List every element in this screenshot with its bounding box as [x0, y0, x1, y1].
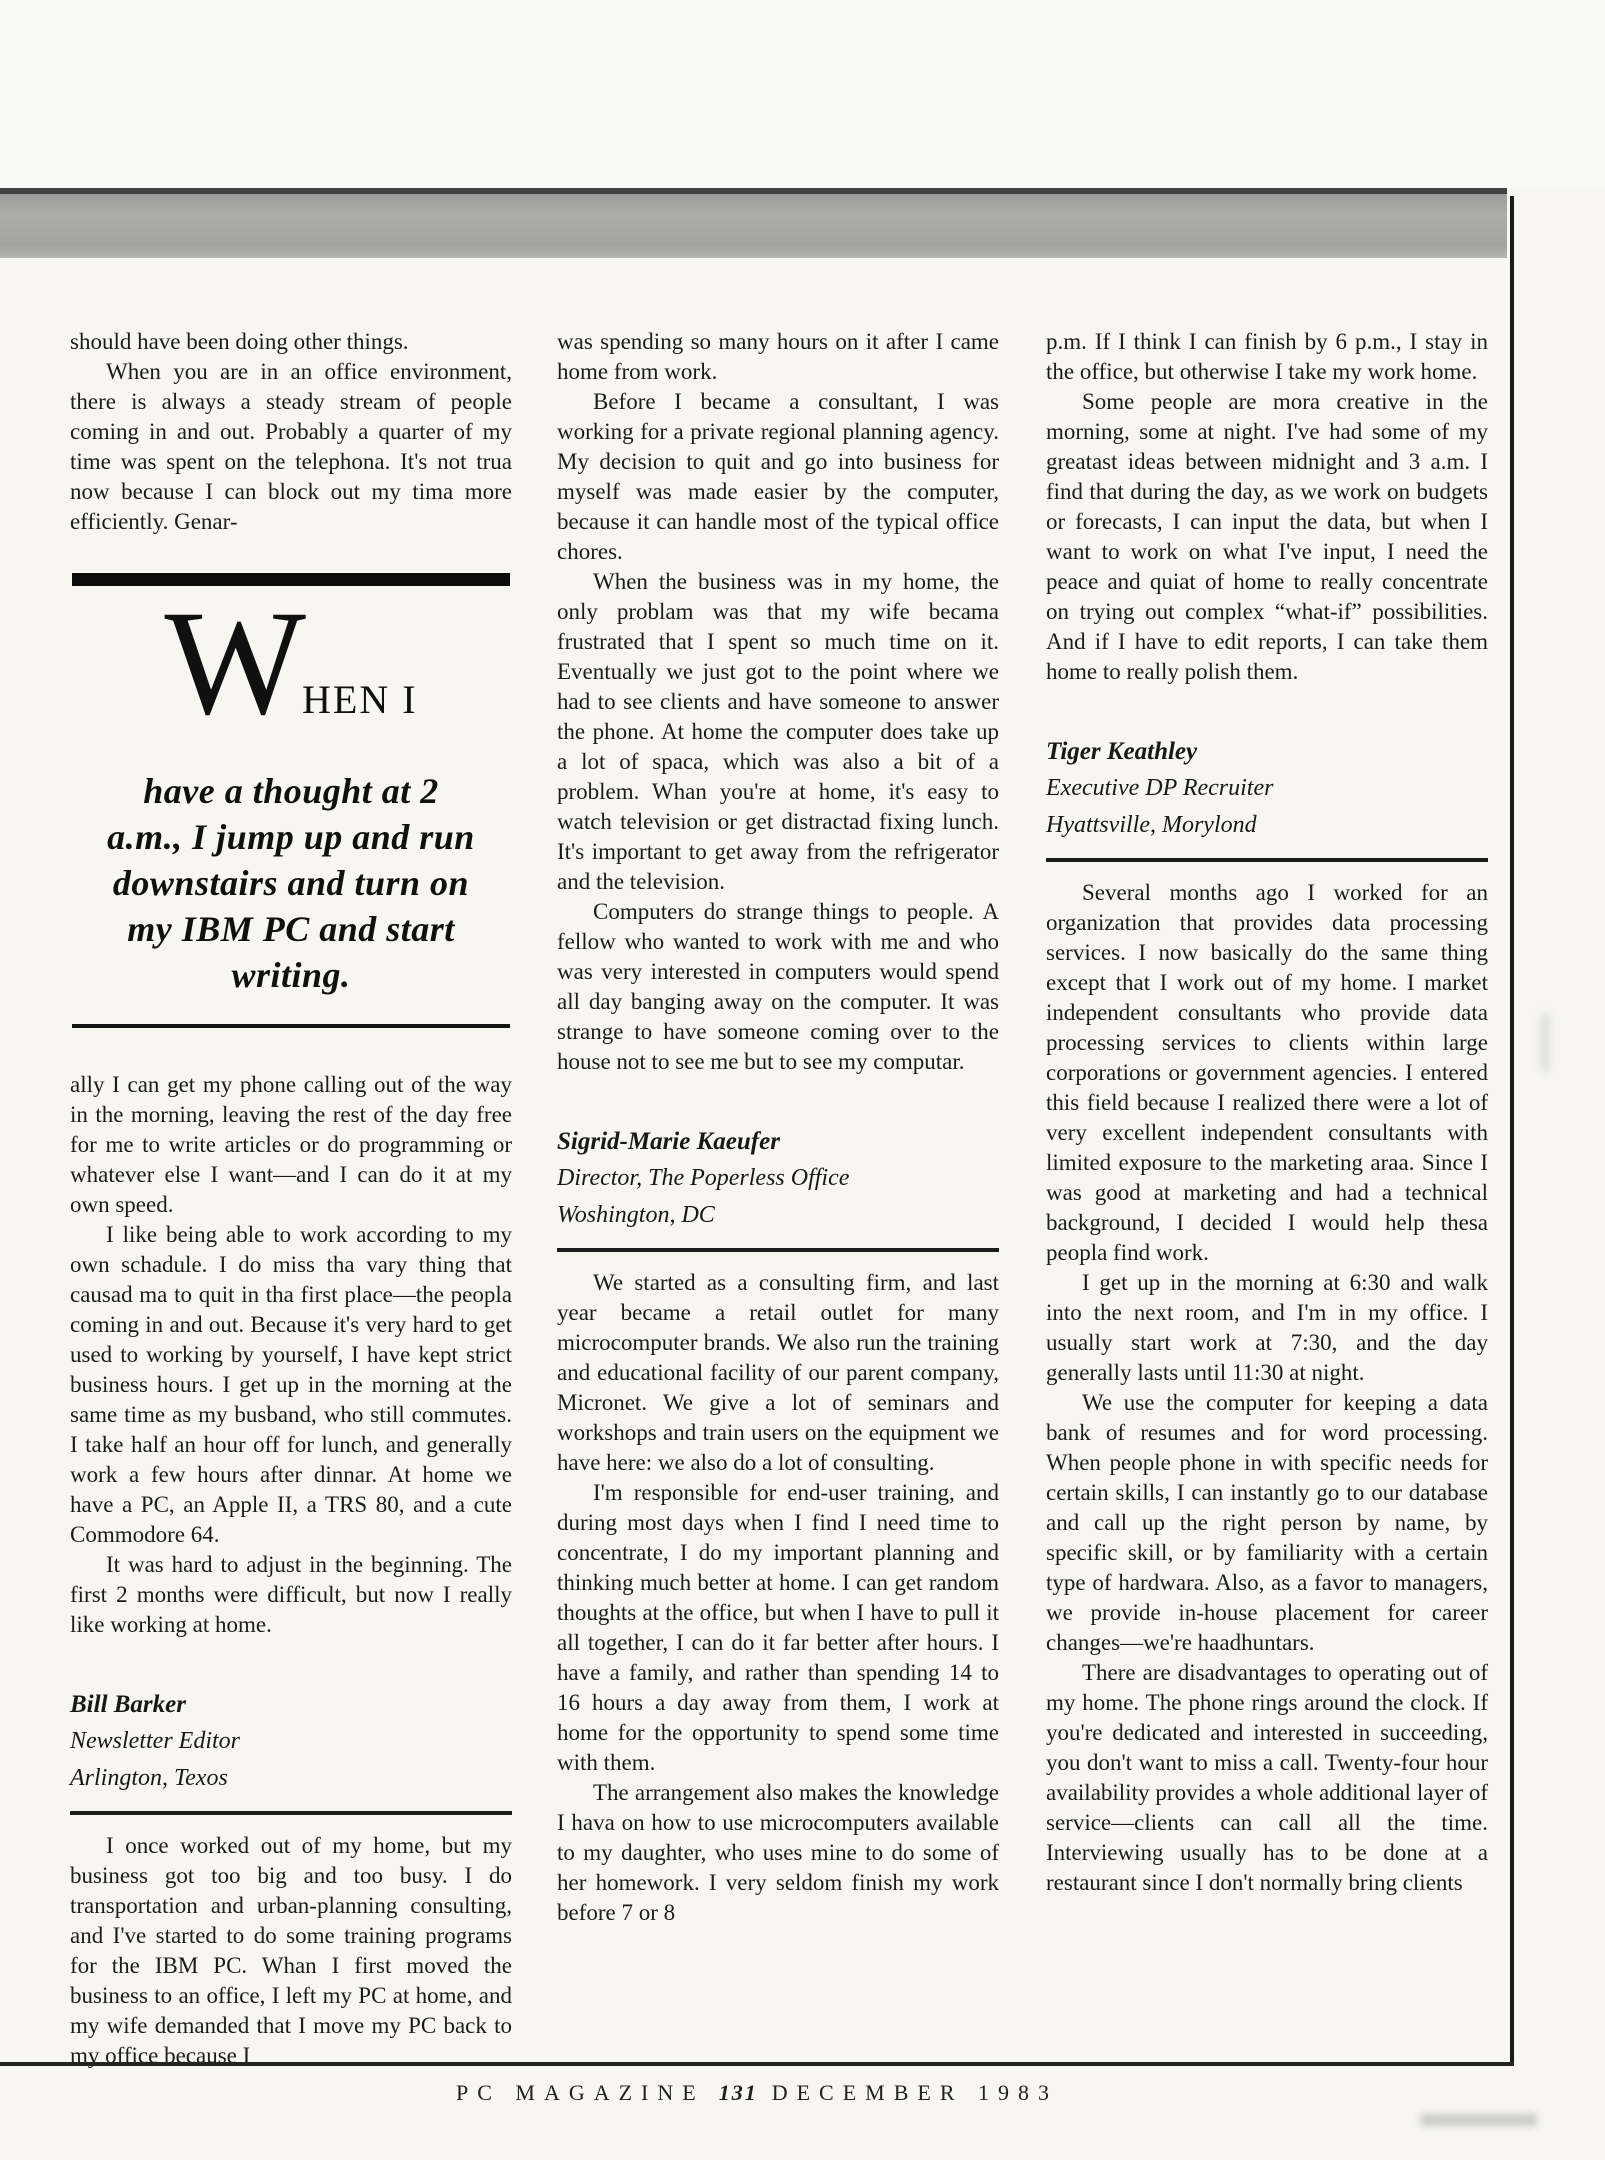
author-signature: Tiger Keathley Executive DP Recruiter Hy…: [1046, 733, 1488, 844]
author-signature: Sigrid-Marie Kaeufer Director, The Poper…: [557, 1123, 999, 1234]
footer-issue-date: DECEMBER 1983: [772, 2080, 1058, 2105]
footer-magazine-title: PC MAGAZINE: [456, 2080, 705, 2105]
body-paragraph: There are disadvantages to operating out…: [1046, 1658, 1488, 1898]
author-signature: Bill Barker Newsletter Editor Arlington,…: [70, 1686, 512, 1797]
pull-quote-line: downstairs and turn on: [72, 860, 510, 906]
scan-gray-band: [0, 188, 1507, 258]
pull-quote-line: have a thought at 2: [72, 768, 510, 814]
body-paragraph: I like being able to work according to m…: [70, 1220, 512, 1550]
pull-quote-dropcap: W: [164, 580, 302, 746]
signature-location: Woshington, DC: [557, 1197, 999, 1234]
column-left: should have been doing other things. Whe…: [70, 327, 512, 2071]
pull-quote-bottom-rule: [72, 1024, 510, 1028]
body-paragraph: Before I became a consultant, I was work…: [557, 387, 999, 567]
body-paragraph: When you are in an office environment, t…: [70, 357, 512, 537]
column-right: p.m. If I think I can finish by 6 p.m., …: [1046, 327, 1488, 1898]
body-paragraph: We use the computer for keeping a data b…: [1046, 1388, 1488, 1658]
signature-role: Director, The Poperless Office: [557, 1160, 999, 1197]
page-footer: PC MAGAZINE131DECEMBER 1983: [0, 2080, 1514, 2106]
page-top-margin: [0, 0, 1605, 188]
body-paragraph: I once worked out of my home, but my bus…: [70, 1831, 512, 2071]
body-paragraph: Computers do strange things to people. A…: [557, 897, 999, 1077]
body-paragraph: Several months ago I worked for an organ…: [1046, 878, 1488, 1268]
body-paragraph: When the business was in my home, the on…: [557, 567, 999, 897]
signature-name: Tiger Keathley: [1046, 733, 1488, 770]
pull-quote-small-caps: HEN I: [302, 677, 418, 722]
pull-quote-line: writing.: [72, 952, 510, 998]
body-paragraph: We started as a consulting firm, and las…: [557, 1268, 999, 1478]
scan-smudge: [1420, 2114, 1538, 2126]
signature-name: Bill Barker: [70, 1686, 512, 1723]
body-paragraph: I get up in the morning at 6:30 and walk…: [1046, 1268, 1488, 1388]
section-divider-rule: [1046, 858, 1488, 862]
pull-quote-line: a.m., I jump up and run: [72, 814, 510, 860]
magazine-page-scan: should have been doing other things. Whe…: [0, 0, 1605, 2160]
body-paragraph: The arrangement also makes the knowledge…: [557, 1778, 999, 1928]
signature-role: Executive DP Recruiter: [1046, 770, 1488, 807]
footer-rule: [0, 2062, 1514, 2066]
section-divider-rule: [557, 1248, 999, 1252]
pull-quote-line: my IBM PC and start: [72, 906, 510, 952]
right-column-rule: [1510, 196, 1514, 2064]
signature-location: Hyattsville, Morylond: [1046, 807, 1488, 844]
pull-quote: WHEN I have a thought at 2 a.m., I jump …: [72, 573, 510, 1028]
signature-role: Newsletter Editor: [70, 1723, 512, 1760]
signature-name: Sigrid-Marie Kaeufer: [557, 1123, 999, 1160]
section-divider-rule: [70, 1811, 512, 1815]
body-paragraph: Some people are mora creative in the mor…: [1046, 387, 1488, 687]
body-paragraph: should have been doing other things.: [70, 327, 512, 357]
body-paragraph: I'm responsible for end-user training, a…: [557, 1478, 999, 1778]
signature-location: Arlington, Texos: [70, 1760, 512, 1797]
body-paragraph: It was hard to adjust in the beginning. …: [70, 1550, 512, 1640]
column-center: was spending so many hours on it after I…: [557, 327, 999, 1928]
body-paragraph: was spending so many hours on it after I…: [557, 327, 999, 387]
footer-page-number: 131: [719, 2080, 758, 2105]
pull-quote-opening: WHEN I: [72, 608, 510, 766]
scan-smudge: [1540, 1012, 1550, 1072]
body-paragraph: ally I can get my phone calling out of t…: [70, 1070, 512, 1220]
body-paragraph: p.m. If I think I can finish by 6 p.m., …: [1046, 327, 1488, 387]
